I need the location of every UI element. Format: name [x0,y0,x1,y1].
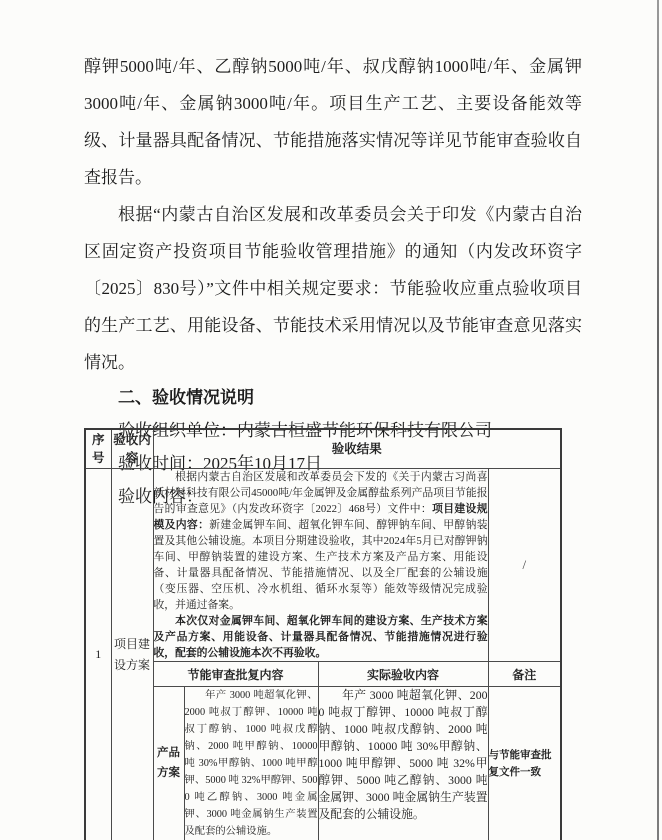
table-header-row: 序号 验收内容 验收结果 [85,429,561,469]
acceptance-table: 序号 验收内容 验收结果 1 项目建设方案 根据内蒙古自治区发展和改革委员会下发… [84,428,562,840]
subheader-approved: 节能审查批复内容 [153,662,318,687]
scan-edge-artifact [657,0,659,840]
header-content: 验收内容 [111,429,153,469]
result-text-cell: 根据内蒙古自治区发展和改革委员会下发的《关于内蒙古习尚喜新材料科技有限公司450… [153,469,488,662]
subtable-product-row: 产品方案 年产 3000 吨超氧化钾、2000 吨叔丁醇钾、10000 吨叔丁醇… [85,687,561,840]
result-para1-rest: 新建金属钾车间、超氧化钾车间、醇钾钠车间、甲醇钠装置及其他公辅设施。本项目分期建… [154,519,488,611]
body-paragraph-2: 根据“内蒙古自治区发展和改革委员会关于印发《内蒙古自治区固定资产投资项目节能验收… [84,196,582,381]
result-paragraph-1: 根据内蒙古自治区发展和改革委员会下发的《关于内蒙古习尚喜新材料科技有限公司450… [154,469,488,613]
result-paragraph-2: 本次仅对金属钾车间、超氧化钾车间的建设方案、生产技术方案及产品方案、用能设备、计… [154,613,488,661]
subheader-remark: 备注 [488,662,561,687]
table-row: 1 项目建设方案 根据内蒙古自治区发展和改革委员会下发的《关于内蒙古习尚喜新材料… [85,469,561,662]
subtable-header-row: 节能审查批复内容 实际验收内容 备注 [85,662,561,687]
document-page: 醇钾5000吨/年、乙醇钠5000吨/年、叔戊醇钠1000吨/年、金属钾3000… [0,0,662,840]
actual-content-cell: 年产 3000 吨超氧化钾、2000 吨叔丁醇钾、10000 吨叔丁醇钠、100… [318,687,488,840]
header-seq: 序号 [85,429,111,469]
remark-cell: 与节能审查批复文件一致 [488,687,561,840]
row-seq: 1 [85,469,111,840]
approved-content-cell: 年产 3000 吨超氧化钾、2000 吨叔丁醇钾、10000 吨叔丁醇钠、100… [184,687,318,840]
product-plan-label: 产品方案 [153,687,184,840]
header-result: 验收结果 [153,429,561,469]
section-heading: 二、验收情况说明 [84,381,582,414]
subheader-actual: 实际验收内容 [318,662,488,687]
result-remark-cell: / [488,469,561,662]
row-content-label: 项目建设方案 [111,469,153,840]
body-paragraph-1: 醇钾5000吨/年、乙醇钠5000吨/年、叔戊醇钠1000吨/年、金属钾3000… [84,48,582,196]
